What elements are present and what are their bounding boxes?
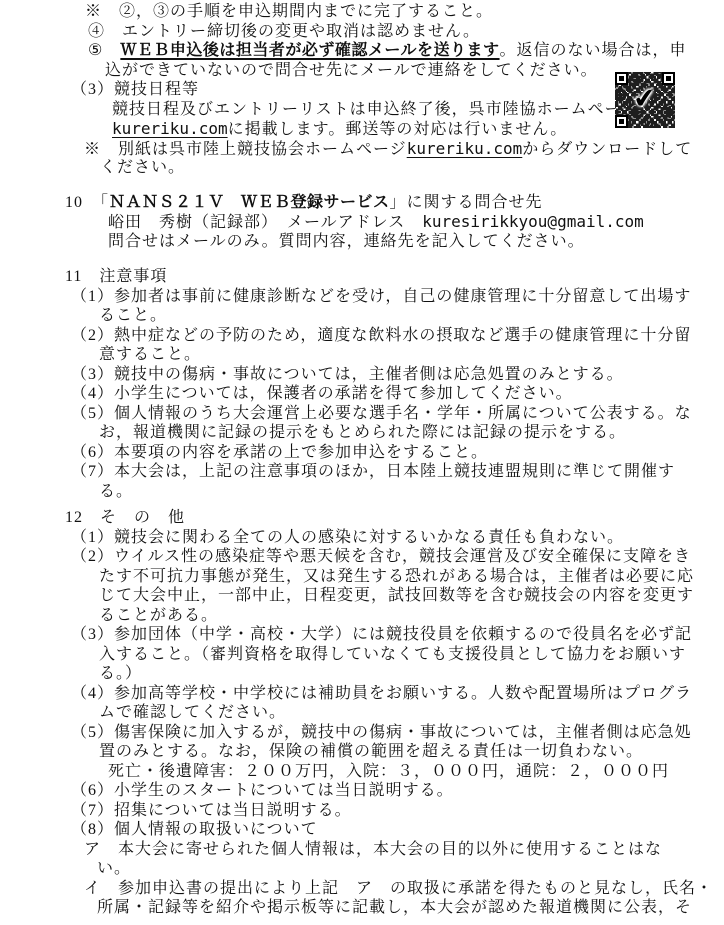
line-prefix: ※ 別紙は呉市陸上競技協会ホームページ	[84, 141, 407, 158]
doc-line-item: （2）熱中症などの予防のため，適度な飲料水の摂取など選手の健康管理に十分留	[0, 326, 724, 346]
kureriku-url: kureriku.com	[112, 119, 228, 138]
item-5-marker: ⑤	[88, 42, 120, 59]
doc-line-item-5: ⑤ ＷＥＢ申込後は担当者が必ず確認メールを送ります。返信のない場合は，申	[0, 41, 724, 61]
doc-line-item: （1）競技会に関わる全ての人の感染に対するいかなる責任も負わない。	[0, 528, 724, 548]
doc-line-note-asterisk: ※ ②，③の手順を申込期間内までに完了すること。	[0, 2, 724, 22]
item-5-rest: 。返信のない場合は，申	[500, 42, 687, 59]
doc-line-item: （5）個人情報のうち大会運営上必要な選手名・学年・所属について公表する。な	[0, 404, 724, 424]
qr-code: ✔	[615, 72, 675, 128]
doc-line-note-asterisk: ※ 別紙は呉市陸上競技協会ホームページkureriku.comからダウンロードし…	[0, 139, 724, 159]
doc-line-item: （7）本大会は，上記の注意事項のほか，日本陸上競技連盟規則に準じて開催す	[0, 462, 724, 482]
doc-line-sub-a: ア 本大会に寄せられた個人情報は，本大会の目的以外に使用することはな	[0, 840, 724, 860]
section-10-heading: 10 「ＮＡＮＳ２１Ｖ ＷＥＢ登録サービス」に関する問合せ先	[0, 193, 724, 213]
line-rest: に掲載します。郵送等の対応は行いません。	[228, 121, 568, 138]
doc-line-item: （3）参加団体（中学・高校・大学）には競技役員を依頼するので役員名を必ず記	[0, 625, 724, 645]
contact-email: kuresirikkyou@gmail.com	[422, 212, 644, 231]
doc-line: る。）	[0, 664, 724, 684]
doc-line-item-4: ④ エントリー締切後の変更や取消は認めません。	[0, 22, 724, 42]
doc-line: 入すること。（審判資格を取得していなくても支援役員として協力をお願いす	[0, 645, 724, 665]
heading-rest: 」に関する問合せ先	[390, 194, 543, 211]
doc-line-item: （7）招集については当日説明する。	[0, 801, 724, 821]
doc-line: じて大会中止，一部中止，日程変更，試技回数等を含む競技会の内容を変更す	[0, 586, 724, 606]
doc-line: ムで確認してください。	[0, 703, 724, 723]
line-rest: からダウンロードして	[522, 141, 692, 158]
document-page: ※ ②，③の手順を申込期間内までに完了すること。 ④ エントリー締切後の変更や取…	[0, 0, 724, 925]
doc-line-item: （2）ウイルス性の感染症等や悪天候を含む，競技会運営及び安全確保に支障をき	[0, 547, 724, 567]
doc-line: 所属・記録等を紹介や掲示板等に記載し，本大会が認めた報道機関に公表，そ	[0, 898, 724, 918]
insurance-amount-line: 死亡・後遺障害：２００万円，入院：３，０００円，通院：２，０００円	[0, 762, 724, 782]
section-11-heading: 11 注意事項	[0, 267, 724, 287]
doc-line-item: （5）傷害保険に加入するが，競技中の傷病・事故については，主催者側は応急処	[0, 723, 724, 743]
doc-line: 問合せはメールのみ。質問内容，連絡先を記入してください。	[0, 232, 724, 252]
doc-line: お，報道機関に記録の提示をもとめられた際には記録の提示をする。	[0, 423, 724, 443]
section-10-inquiry: 10 「ＮＡＮＳ２１Ｖ ＷＥＢ登録サービス」に関する問合せ先 峪田 秀樹（記録部…	[0, 193, 724, 252]
section-11-cautions: 11 注意事項 （1）参加者は事前に健康診断などを受け，自己の健康管理に十分留意…	[0, 267, 724, 501]
heading-prefix: 10 「	[65, 194, 109, 211]
doc-line-item: （6）小学生のスタートについては当日説明する。	[0, 781, 724, 801]
section-12-heading: 12 そ の 他	[0, 508, 724, 528]
doc-line-item: （3）競技中の傷病・事故については，主催者側は応急処置のみとする。	[0, 365, 724, 385]
doc-line: たす不可抗力事態が発生，又は発生する恐れがある場合は，主催者は必要に応	[0, 567, 724, 587]
doc-line: ることがある。	[0, 606, 724, 626]
nans21v-service-name: ＮＡＮＳ２１Ｖ ＷＥＢ登録サービス	[109, 194, 390, 211]
checkmark-icon: ✔	[632, 84, 658, 113]
qr-finder-icon	[615, 115, 628, 128]
qr-finder-icon	[662, 72, 675, 85]
kureriku-url: kureriku.com	[407, 139, 523, 158]
doc-line: 置のみとする。なお，保険の補償の範囲を超える責任は一切負わない。	[0, 742, 724, 762]
contact-person: 峪田 秀樹（記録部） メールアドレス	[108, 214, 422, 231]
contact-person-line: 峪田 秀樹（記録部） メールアドレス kuresirikkyou@gmail.c…	[0, 212, 724, 232]
qr-finder-icon	[615, 72, 628, 85]
section-12-other: 12 そ の 他 （1）競技会に関わる全ての人の感染に対するいかなる責任も負わな…	[0, 508, 724, 918]
doc-line-item: （8）個人情報の取扱いについて	[0, 820, 724, 840]
doc-line-item: （4）小学生については，保護者の承諾を得て参加してください。	[0, 384, 724, 404]
doc-line-item: （4）参加高等学校・中学校には補助員をお願いする。人数や配置場所はプログラ	[0, 684, 724, 704]
doc-line-item: （1）参加者は事前に健康診断などを受け，自己の健康管理に十分留意して出場す	[0, 287, 724, 307]
doc-line: ください。	[0, 158, 724, 178]
doc-line-sub-i: イ 参加申込書の提出により上記 ア の取扱に承諾を得たものと見なし，氏名・	[0, 879, 724, 899]
doc-line-item: （6）本要項の内容を承諾の上で参加申込をすること。	[0, 443, 724, 463]
doc-line: る。	[0, 482, 724, 502]
doc-line: ること。	[0, 306, 724, 326]
doc-line: い。	[0, 859, 724, 879]
doc-line: 意すること。	[0, 345, 724, 365]
web-confirmation-notice: ＷＥＢ申込後は担当者が必ず確認メールを送ります	[120, 42, 499, 59]
